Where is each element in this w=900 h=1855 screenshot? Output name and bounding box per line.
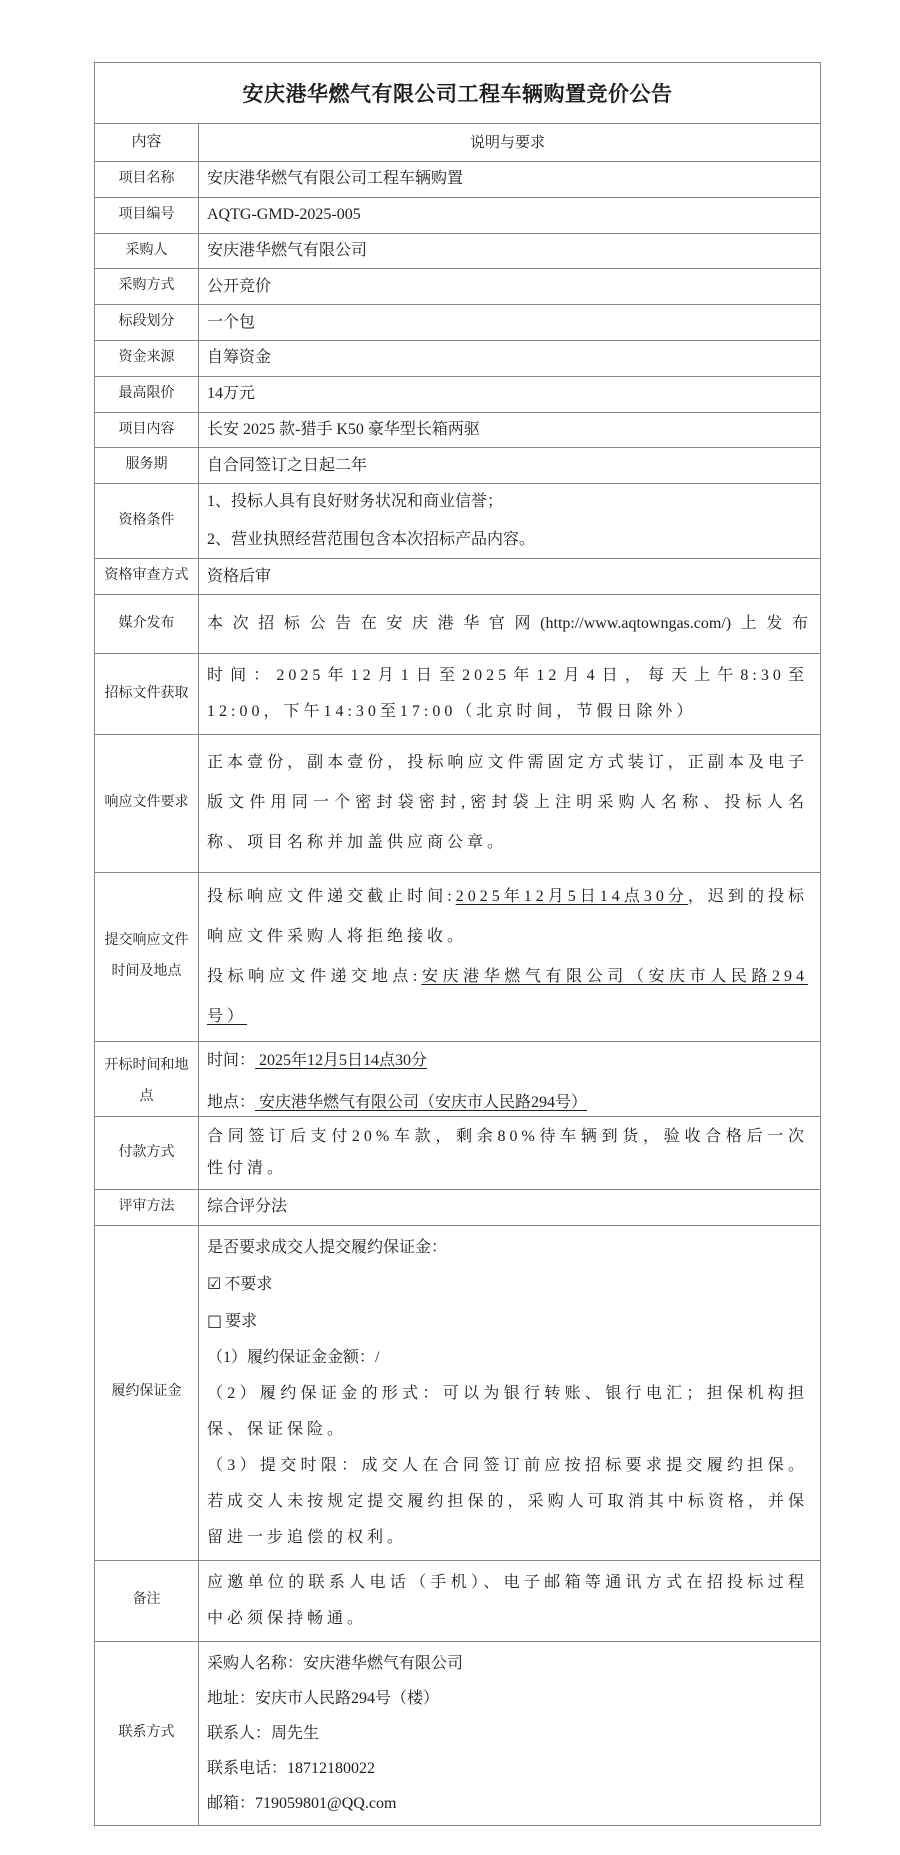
bond-item-1: （1）履约保证金金额：/	[207, 1340, 808, 1376]
row-funding: 资金来源 自筹资金	[95, 340, 820, 376]
row-title: 安庆港华燃气有限公司工程车辆购置竞价公告	[95, 63, 820, 123]
row-service-period: 服务期 自合同签订之日起二年	[95, 447, 820, 483]
row-purchaser: 采购人 安庆港华燃气有限公司	[95, 233, 820, 269]
page-title: 安庆港华燃气有限公司工程车辆购置竞价公告	[243, 78, 673, 108]
row-evaluation: 评审方法 综合评分法	[95, 1189, 820, 1225]
opening-place-prefix: 地点：	[207, 1094, 255, 1111]
submission-deadline-prefix: 投标响应文件递交截止时间:	[207, 888, 456, 905]
opening-time-line: 时间： 2025年12月5日14点30分	[207, 1046, 808, 1076]
evaluation-value: 综合评分法	[207, 1194, 808, 1220]
bond-item-3: （3）提交时限：成交人在合同签订前应按招标要求提交履约担保。若成交人未按规定提交…	[207, 1448, 808, 1556]
submission-label: 提交响应文件时间及地点	[95, 873, 199, 1041]
doc-obtain-label: 招标文件获取	[95, 654, 199, 734]
contact-address: 地址：安庆市人民路294号（楼）	[207, 1681, 808, 1716]
media-value: 本次招标公告在安庆港华官网(http://www.aqtowngas.com/)…	[207, 611, 808, 637]
bond-option-no: ☑不要求	[207, 1266, 808, 1303]
row-header: 内容 说明与要求	[95, 123, 820, 161]
project-content-label: 项目内容	[95, 413, 199, 448]
project-no-label: 项目编号	[95, 198, 199, 233]
project-name-value: 安庆港华燃气有限公司工程车辆购置	[207, 166, 808, 192]
submission-place-prefix: 投标响应文件递交地点:	[207, 968, 421, 985]
qual-review-label: 资格审查方式	[95, 559, 199, 594]
funding-value: 自筹资金	[207, 345, 808, 371]
opening-label: 开标时间和地点	[95, 1042, 199, 1122]
qualification-label: 资格条件	[95, 484, 199, 558]
row-project-name: 项目名称 安庆港华燃气有限公司工程车辆购置	[95, 161, 820, 197]
payment-value: 合同签订后支付20%车款，剩余80%待车辆到货，验收合格后一次性付清。	[207, 1121, 808, 1185]
bond-option-yes-text: 要求	[225, 1313, 257, 1330]
checkbox-unchecked-icon: □	[207, 1311, 222, 1330]
opening-time-prefix: 时间：	[207, 1052, 255, 1069]
header-content-label: 内容	[95, 124, 199, 161]
payment-label: 付款方式	[95, 1117, 199, 1189]
project-name-label: 项目名称	[95, 162, 199, 197]
row-submission: 提交响应文件时间及地点 投标响应文件递交截止时间:2025年12月5日14点30…	[95, 872, 820, 1041]
purchaser-label: 采购人	[95, 234, 199, 269]
row-method: 采购方式 公开竞价	[95, 268, 820, 304]
row-remark: 备注 应邀单位的联系人电话（手机）、电子邮箱等通讯方式在招投标过程中必须保持畅通…	[95, 1560, 820, 1641]
submission-place-line: 投标响应文件递交地点:安庆港华燃气有限公司（安庆市人民路294号）	[207, 957, 808, 1037]
bond-item-2: （2）履约保证金的形式：可以为银行转账、银行电汇；担保机构担保、保证保险。	[207, 1376, 808, 1448]
contact-email: 邮箱：719059801@QQ.com	[207, 1786, 808, 1821]
opening-time-value: 2025年12月5日14点30分	[255, 1052, 427, 1069]
contact-person: 联系人：周先生	[207, 1716, 808, 1751]
row-doc-obtain: 招标文件获取 时间：2025年12月1日至2025年12月4日，每天上午8:30…	[95, 653, 820, 734]
bond-label: 履约保证金	[95, 1226, 199, 1560]
qualification-line-2: 2、营业执照经营范围包含本次招标产品内容。	[207, 527, 808, 553]
method-value: 公开竞价	[207, 274, 808, 300]
opening-place-value: 安庆港华燃气有限公司（安庆市人民路294号）	[255, 1094, 587, 1111]
max-price-label: 最高限价	[95, 377, 199, 412]
submission-deadline-line: 投标响应文件递交截止时间:2025年12月5日14点30分，迟到的投标响应文件采…	[207, 877, 808, 957]
response-req-value: 正本壹份，副本壹份，投标响应文件需固定方式装订，正副本及电子版文件用同一个密封袋…	[207, 743, 808, 863]
sections-value: 一个包	[207, 310, 808, 336]
media-label: 媒介发布	[95, 595, 199, 653]
row-sections: 标段划分 一个包	[95, 304, 820, 340]
service-period-label: 服务期	[95, 448, 199, 483]
contact-phone: 联系电话：18712180022	[207, 1751, 808, 1786]
row-bond: 履约保证金 是否要求成交人提交履约保证金： ☑不要求 □要求 （1）履约保证金金…	[95, 1225, 820, 1560]
row-project-no: 项目编号 AQTG-GMD-2025-005	[95, 197, 820, 233]
sections-label: 标段划分	[95, 305, 199, 340]
header-desc-label: 说明与要求	[470, 130, 545, 156]
page: { "title": "安庆港华燃气有限公司工程车辆购置竞价公告", "head…	[0, 0, 900, 1855]
bond-option-yes: □要求	[207, 1303, 808, 1340]
row-max-price: 最高限价 14万元	[95, 376, 820, 412]
remark-value: 应邀单位的联系人电话（手机）、电子邮箱等通讯方式在招投标过程中必须保持畅通。	[207, 1565, 808, 1637]
row-opening: 开标时间和地点 时间： 2025年12月5日14点30分 地点： 安庆港华燃气有…	[95, 1041, 820, 1122]
announcement-table-main: 安庆港华燃气有限公司工程车辆购置竞价公告 内容 说明与要求 项目名称 安庆港华燃…	[94, 62, 821, 1123]
remark-label: 备注	[95, 1561, 199, 1641]
row-payment: 付款方式 合同签订后支付20%车款，剩余80%待车辆到货，验收合格后一次性付清。	[95, 1117, 820, 1189]
project-no-value: AQTG-GMD-2025-005	[207, 202, 808, 228]
row-qualification: 资格条件 1、投标人具有良好财务状况和商业信誉； 2、营业执照经营范围包含本次招…	[95, 483, 820, 558]
funding-label: 资金来源	[95, 341, 199, 376]
method-label: 采购方式	[95, 269, 199, 304]
response-req-label: 响应文件要求	[95, 735, 199, 872]
purchaser-value: 安庆港华燃气有限公司	[207, 238, 808, 264]
announcement-table-secondary: 付款方式 合同签订后支付20%车款，剩余80%待车辆到货，验收合格后一次性付清。…	[94, 1116, 821, 1826]
service-period-value: 自合同签订之日起二年	[207, 453, 808, 479]
checkbox-checked-icon: ☑	[207, 1274, 221, 1293]
opening-place-line: 地点： 安庆港华燃气有限公司（安庆市人民路294号）	[207, 1088, 808, 1118]
doc-obtain-value: 时间：2025年12月1日至2025年12月4日，每天上午8:30至12:00，…	[207, 658, 808, 730]
bond-option-no-text: 不要求	[224, 1276, 272, 1293]
row-project-content: 项目内容 长安 2025 款-猎手 K50 豪华型长箱两驱	[95, 412, 820, 448]
qualification-line-1: 1、投标人具有良好财务状况和商业信誉；	[207, 489, 808, 515]
contact-purchaser: 采购人名称：安庆港华燃气有限公司	[207, 1646, 808, 1681]
row-response-req: 响应文件要求 正本壹份，副本壹份，投标响应文件需固定方式装订，正副本及电子版文件…	[95, 734, 820, 872]
submission-deadline-value: 2025年12月5日14点30分	[456, 888, 688, 905]
bond-question: 是否要求成交人提交履约保证金：	[207, 1230, 808, 1266]
max-price-value: 14万元	[207, 381, 808, 407]
qual-review-value: 资格后审	[207, 564, 808, 590]
contact-label: 联系方式	[95, 1642, 199, 1825]
evaluation-label: 评审方法	[95, 1190, 199, 1225]
row-contact: 联系方式 采购人名称：安庆港华燃气有限公司 地址：安庆市人民路294号（楼） 联…	[95, 1641, 820, 1825]
row-media: 媒介发布 本次招标公告在安庆港华官网(http://www.aqtowngas.…	[95, 594, 820, 653]
row-qual-review: 资格审查方式 资格后审	[95, 558, 820, 594]
project-content-value: 长安 2025 款-猎手 K50 豪华型长箱两驱	[207, 417, 808, 443]
